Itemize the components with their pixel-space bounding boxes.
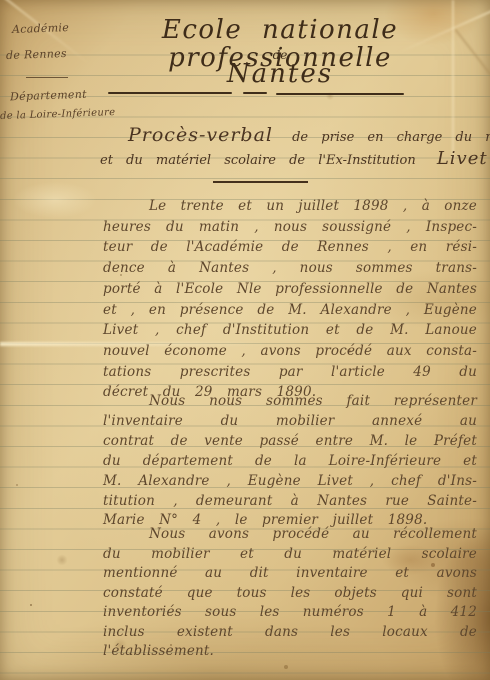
subtitle-rest2: et du matériel scolaire de l'Ex-Institut… [100,153,416,168]
title-underline-segment [276,93,404,95]
paragraph-1: Le trente et un juillet 1898 , à onze he… [103,196,477,403]
subtitle-line1: Procès-verbal de prise en charge du mobi… [128,124,490,146]
manuscript-line: titution , demeurant à Nantes rue Sainte… [103,492,477,512]
subtitle-rest1: de prise en charge du mobilier [292,130,490,145]
subtitle-emph: Livet [437,148,488,169]
manuscript-line: Le trente et un juillet 1898 , à onze [103,196,477,217]
manuscript-line: heures du matin , nous soussigné , Inspe… [103,217,477,238]
school-title-line3: Nantes [92,60,468,88]
manuscript-line: porté à l'Ecole Nle professionnelle de N… [103,279,477,300]
margin-note-departement-line1: Département [10,88,87,104]
manuscript-line: teur de l'Académie de Rennes , en rési- [103,237,477,258]
manuscript-line: Livet , chef d'Institution et de M. Lano… [103,320,477,341]
manuscript-line: Nous avons procédé au récollement [103,525,477,545]
paragraph-3: Nous avons procédé au récollement du mob… [103,525,477,662]
manuscript-line: tations prescrites par l'article 49 du [103,362,477,383]
manuscript-line: constaté que tous les objets qui sont [103,584,477,604]
manuscript-line: M. Alexandre , Eugène Livet , chef d'Ins… [103,472,477,492]
margin-note-academie-line1: Académie [12,21,69,36]
manuscript-page: Académie de Rennes Département de la Loi… [0,0,490,680]
manuscript-line: mentionné au dit inventaire et avons [103,564,477,584]
subtitle-line2: et du matériel scolaire de l'Ex-Institut… [100,148,488,169]
manuscript-line: contrat de vente passé entre M. le Préfe… [103,432,477,452]
manuscript-line: du mobilier et du matériel scolaire [103,545,477,565]
subtitle-lead: Procès-verbal [128,124,273,146]
manuscript-line: l'inventaire du mobilier annexé au [103,412,477,432]
paragraph-2: Nous nous sommes fait représenter l'inve… [103,392,477,531]
manuscript-line: dence à Nantes , nous sommes trans- [103,258,477,279]
paper-speckles [30,604,32,606]
margin-note-academie-line2: de Rennes [6,47,67,62]
section-divider [213,181,308,183]
margin-underline [26,77,68,78]
manuscript-line: nouvel économe , avons procédé aux const… [103,341,477,362]
manuscript-line: l'établissement. [103,642,477,662]
title-underline-segment [243,92,267,94]
title-underline-segment [108,92,232,94]
manuscript-line: Nous nous sommes fait représenter [103,392,477,412]
manuscript-line: du département de la Loire-Inférieure et [103,452,477,472]
manuscript-line: inclus existent dans les locaux de [103,623,477,643]
manuscript-line: inventoriés sous les numéros 1 à 412 [103,603,477,623]
manuscript-line: et , en présence de M. Alexandre , Eugèn… [103,300,477,321]
margin-note-departement-line2: de la Loire-Inférieure [0,106,116,123]
